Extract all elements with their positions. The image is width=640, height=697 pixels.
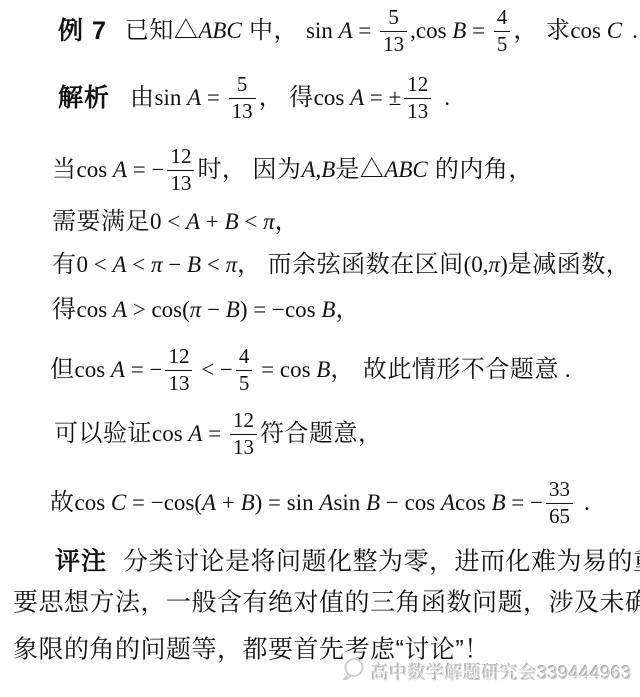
spacer <box>107 562 123 563</box>
math-text: cos <box>75 490 111 515</box>
math-text: − cos <box>380 490 441 515</box>
math-text: 0 < <box>77 252 113 277</box>
math-text: cos <box>152 421 188 446</box>
math-variable: ABC <box>384 157 427 182</box>
math-variable: A <box>186 209 200 234</box>
watermark-text: 高中数学解题研究会339444963 <box>371 659 632 685</box>
math-variable: A <box>112 252 126 277</box>
cn-text: 故 <box>50 489 75 517</box>
cn-text: 已知△ <box>125 17 199 45</box>
math-text: + <box>216 490 240 515</box>
math-variable: π <box>263 209 275 234</box>
spacer <box>538 31 546 32</box>
fraction-denominator: 5 <box>236 372 253 396</box>
math-text: − <box>163 252 187 277</box>
math-variable: B <box>491 490 505 515</box>
fraction: 45 <box>494 6 511 56</box>
cosine-monotone-line: 得cos A > cos(π − B) = −cos B， <box>52 296 360 324</box>
spacer <box>298 31 306 32</box>
math-variable: B <box>187 252 201 277</box>
fraction: 3365 <box>546 478 573 528</box>
cn-text: 故此情形不合题意 <box>363 356 559 384</box>
spacer <box>110 98 130 99</box>
example-statement-line: 例 7已知△ABC 中，sin A = 513,cos B = 45，求cos … <box>58 6 638 56</box>
math-text: cos <box>570 18 606 43</box>
cn-text: 是减函数， <box>508 251 631 279</box>
math-text: . <box>444 85 450 110</box>
cn-text: 求 <box>546 17 571 45</box>
cn-text: 要思想方法，一般含有绝对值的三角函数问题，涉及未确定 <box>13 589 640 618</box>
fraction-denominator: 13 <box>165 372 192 396</box>
cn-text: 的内角， <box>428 156 533 184</box>
verification-line: 可以验证cos A = 1213符合题意， <box>54 409 382 459</box>
math-text: sin <box>306 18 339 43</box>
fraction: 1213 <box>167 145 194 195</box>
result-line: 故cos C = −cos(A + B) = sin Asin B − cos … <box>50 478 590 528</box>
fraction: 513 <box>229 73 256 123</box>
cn-text: 可以验证 <box>54 420 152 448</box>
fraction-numerator: 12 <box>230 409 257 433</box>
math-variable: B <box>226 297 240 322</box>
math-text: = <box>353 18 377 43</box>
math-variable: B <box>321 157 335 182</box>
math-text: 0 < <box>150 209 186 234</box>
math-text: = ± <box>364 85 401 110</box>
math-variable: B <box>452 18 466 43</box>
math-text: = <box>202 421 226 446</box>
case-negative-line: 当cos A = −1213时，因为A,B是△ABC 的内角， <box>52 145 533 195</box>
cn-text: 分类讨论是将问题化整为零，进而化难为易的重 <box>123 548 640 577</box>
math-text: sin <box>155 85 188 110</box>
math-variable: A <box>441 490 455 515</box>
fraction-numerator: 4 <box>494 6 511 30</box>
math-text: < <box>239 209 263 234</box>
math-variable: π <box>489 252 501 277</box>
math-text: = cos <box>255 357 316 382</box>
math-text: = <box>466 18 490 43</box>
cn-text: ， <box>275 208 300 236</box>
math-text: cos <box>77 297 113 322</box>
cn-text: 但 <box>50 356 75 384</box>
document-page: { "page": {"background": "#ffffff", "ink… <box>0 0 640 697</box>
analysis-line: 解析由sin A = 513，得cos A = ±1213. <box>58 73 450 123</box>
fraction-numerator: 4 <box>236 345 253 369</box>
math-variable: B <box>241 490 255 515</box>
cn-text: 因为 <box>252 156 301 184</box>
cn-text: 当 <box>52 156 77 184</box>
condition-line: 需要满足0 < A + B < π， <box>52 208 299 236</box>
fraction: 513 <box>380 6 407 56</box>
cn-text: 中， <box>242 17 298 45</box>
fraction-numerator: 33 <box>546 478 573 502</box>
cn-text: 符合题意， <box>260 420 383 448</box>
cn-text: 得 <box>289 84 314 112</box>
watermark: 高中数学解题研究会339444963 <box>340 656 632 687</box>
math-variable: π <box>151 252 163 277</box>
fraction-denominator: 13 <box>167 172 194 196</box>
math-text: cos <box>416 18 452 43</box>
math-text: ) = sin <box>255 490 320 515</box>
cn-text: 有 <box>52 251 77 279</box>
spacer <box>434 98 444 99</box>
fraction-denominator: 65 <box>546 505 573 529</box>
cn-text: ， <box>513 17 538 45</box>
fraction: 45 <box>236 345 253 395</box>
math-variable: π <box>190 297 202 322</box>
fraction-denominator: 5 <box>494 33 511 57</box>
math-variable: A <box>111 357 125 382</box>
fraction-numerator: 12 <box>167 145 194 169</box>
math-text: . <box>565 357 571 382</box>
math-text: < <box>201 252 225 277</box>
math-variable: ABC <box>198 18 241 43</box>
cn-text: 而余弦函数在区间 <box>268 251 464 279</box>
math-text: . <box>584 490 590 515</box>
fraction-denominator: 13 <box>404 100 431 124</box>
fraction-numerator: 5 <box>229 73 256 97</box>
math-text: cos <box>455 490 491 515</box>
spacer <box>622 31 632 32</box>
contradiction-line: 但cos A = −1213 < −45 = cos B，故此情形不合题意. <box>50 345 571 395</box>
math-variable: A <box>187 85 201 110</box>
fraction: 1213 <box>165 345 192 395</box>
cn-text: 是△ <box>335 156 384 184</box>
bold-label-text: 解析 <box>58 84 110 113</box>
fraction: 1213 <box>404 73 431 123</box>
cn-text: ， <box>330 356 355 384</box>
math-variable: C <box>111 490 126 515</box>
fraction-denominator: 13 <box>380 33 407 57</box>
math-text: − <box>201 297 225 322</box>
spacer <box>107 31 125 32</box>
fraction-denominator: 13 <box>229 100 256 124</box>
math-text: = − <box>125 357 162 382</box>
math-text: = − <box>127 157 164 182</box>
math-text: < − <box>195 357 232 382</box>
math-text: cos <box>77 157 113 182</box>
math-variable: A <box>188 421 202 446</box>
math-variable: π <box>226 252 238 277</box>
math-text: ) <box>500 252 508 277</box>
comment-line-1: 评注分类讨论是将问题化整为零，进而化难为易的重 <box>55 548 640 577</box>
cn-text: ， <box>335 296 360 324</box>
math-variable: A <box>202 490 216 515</box>
cn-text: 需要满足 <box>52 208 150 236</box>
bold-label-text: 例 7 <box>58 17 107 46</box>
fraction-numerator: 12 <box>165 345 192 369</box>
chat-bubble-icon <box>340 656 366 687</box>
math-text: cos <box>314 85 350 110</box>
math-variable: A <box>301 157 315 182</box>
bold-label-text: 评注 <box>55 548 107 577</box>
math-text: = − <box>506 490 543 515</box>
math-variable: A <box>319 490 333 515</box>
math-text: . <box>632 18 638 43</box>
cn-text: ， <box>237 251 262 279</box>
fraction-numerator: 12 <box>404 73 431 97</box>
math-text: (0, <box>464 252 489 277</box>
math-text: > cos( <box>127 297 190 322</box>
math-variable: A <box>113 157 127 182</box>
math-text: + <box>200 209 224 234</box>
math-text: < <box>127 252 151 277</box>
math-text: = <box>201 85 225 110</box>
math-variable: A <box>350 85 364 110</box>
math-variable: C <box>607 18 622 43</box>
math-variable: B <box>316 357 330 382</box>
fraction-denominator: 13 <box>230 436 257 460</box>
math-variable: A <box>339 18 353 43</box>
spacer <box>355 370 363 371</box>
math-text: = −cos( <box>126 490 202 515</box>
fraction: 1213 <box>230 409 257 459</box>
math-variable: B <box>225 209 239 234</box>
cn-text: 得 <box>52 296 77 324</box>
fraction-numerator: 5 <box>380 6 407 30</box>
comment-line-2: 要思想方法，一般含有绝对值的三角函数问题，涉及未确定 <box>13 589 640 618</box>
inequality-line: 有0 < A < π − B < π，而余弦函数在区间(0,π)是减函数， <box>52 251 630 279</box>
math-variable: B <box>366 490 380 515</box>
cn-text: 时， <box>197 156 246 184</box>
cn-text: ， <box>259 84 284 112</box>
math-variable: A <box>113 297 127 322</box>
spacer <box>576 503 584 504</box>
math-text: cos <box>75 357 111 382</box>
math-text: ) = −cos <box>240 297 322 322</box>
math-variable: B <box>321 297 335 322</box>
cn-text: 由 <box>130 84 155 112</box>
math-text: sin <box>333 490 366 515</box>
